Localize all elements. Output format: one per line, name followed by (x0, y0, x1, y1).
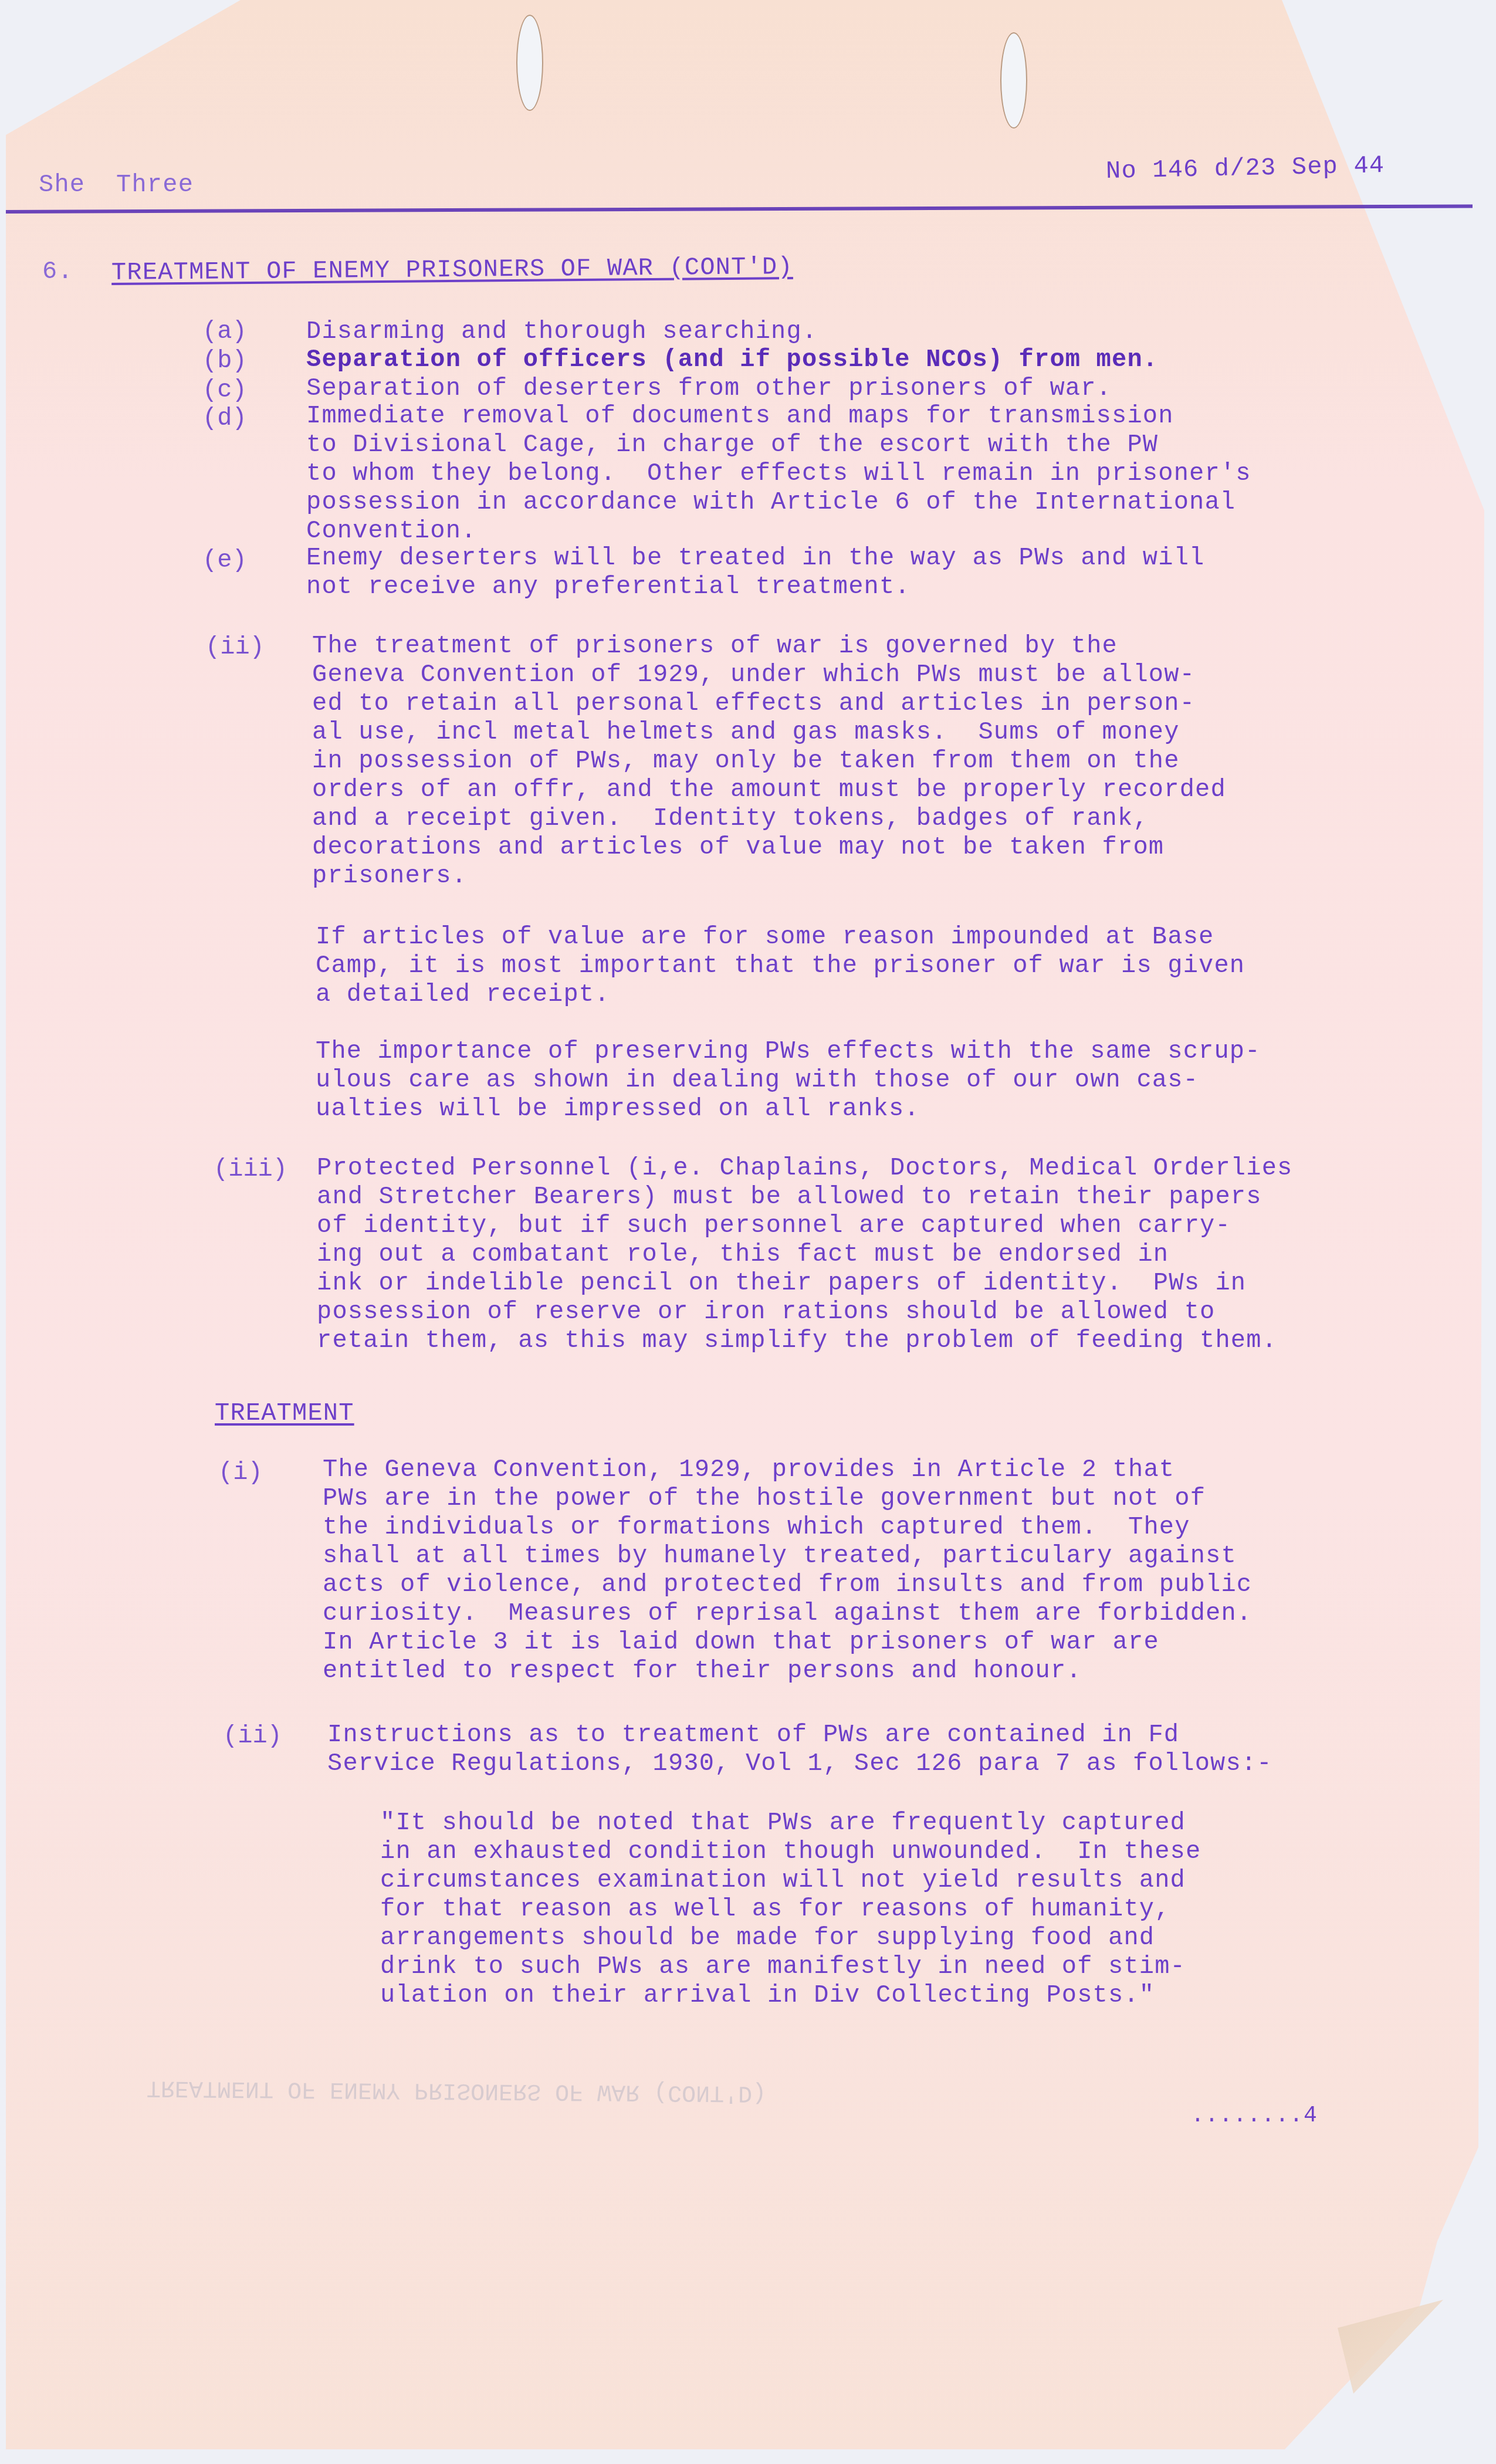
item-b-text: Separation of officers (and if possible … (306, 345, 1158, 374)
treatment-ii-line-1: Instructions as to treatment of PWs are … (327, 1720, 1179, 1749)
para-ii-sub2-line-1: The importance of preserving PWs effects… (316, 1037, 1261, 1066)
treatment-ii-label: (ii) (223, 1721, 282, 1751)
para-ii-line-5: in possession of PWs, may only be taken … (312, 746, 1180, 776)
para-ii-line-6: orders of an offr, and the amount must b… (312, 775, 1226, 804)
para-ii-line-7: and a receipt given. Identity tokens, ba… (312, 804, 1149, 833)
para-ii-line-1: The treatment of prisoners of war is gov… (312, 631, 1118, 661)
para-ii-line-9: prisoners. (312, 861, 467, 891)
show-through-text: TREATMENT OF ENEMY PRISONERS OF WAR (CON… (147, 2074, 767, 2106)
para-iii-line-3: of identity, but if such personnel are c… (317, 1211, 1231, 1240)
item-label-e: (e) (202, 546, 247, 575)
item-d-line-5: Convention. (306, 516, 476, 546)
para-ii-sub1-line-2: Camp, it is most important that the pris… (316, 951, 1245, 980)
continuation-marker: ........4 (1191, 2101, 1318, 2131)
item-label-b: (b) (202, 346, 247, 375)
item-e-line-1: Enemy deserters will be treated in the w… (306, 543, 1204, 573)
section-title: TREATMENT OF ENEMY PRISONERS OF WAR (CON… (111, 252, 793, 287)
treatment-i-label: (i) (218, 1458, 263, 1487)
para-ii-sub2-line-2: ulous care as shown in dealing with thos… (316, 1065, 1199, 1095)
para-ii-line-4: al use, incl metal helmets and gas masks… (312, 717, 1180, 747)
item-c-text: Separation of deserters from other priso… (306, 374, 1112, 403)
quote-line-5: arrangements should be made for supplyin… (380, 1923, 1155, 1952)
para-iii-line-2: and Stretcher Bearers) must be allowed t… (317, 1182, 1262, 1211)
para-ii-line-8: decorations and articles of value may no… (312, 832, 1164, 862)
para-iii-line-7: retain them, as this may simplify the pr… (317, 1326, 1277, 1355)
treatment-i-line-2: PWs are in the power of the hostile gove… (323, 1484, 1206, 1513)
quote-line-7: ulation on their arrival in Div Collecti… (380, 1981, 1155, 2010)
item-d-line-2: to Divisional Cage, in charge of the esc… (306, 430, 1158, 459)
item-e-line-2: not receive any preferential treatment. (306, 572, 911, 601)
para-iii-line-1: Protected Personnel (i,e. Chaplains, Doc… (317, 1153, 1292, 1183)
treatment-i-line-5: acts of violence, and protected from ins… (323, 1570, 1252, 1599)
para-iii-line-5: ink or indelible pencil on their papers … (317, 1268, 1246, 1298)
item-a-text: Disarming and thorough searching. (306, 317, 817, 346)
para-ii-sub2-line-3: ualties will be impressed on all ranks. (316, 1094, 920, 1123)
section-number: 6. (42, 257, 73, 286)
treatment-ii-line-2: Service Regulations, 1930, Vol 1, Sec 12… (327, 1749, 1272, 1778)
item-d-line-3: to whom they belong. Other effects will … (306, 459, 1251, 488)
treatment-i-line-7: In Article 3 it is laid down that prison… (323, 1627, 1159, 1657)
para-ii-sub1-line-3: a detailed receipt. (316, 980, 610, 1009)
para-ii-sub1-line-1: If articles of value are for some reason… (316, 922, 1214, 952)
treatment-i-line-8: entitled to respect for their persons an… (323, 1656, 1082, 1685)
treatment-heading: TREATMENT (215, 1399, 354, 1428)
item-label-d: (d) (202, 404, 247, 433)
para-iii-line-6: possession of reserve or iron rations sh… (317, 1297, 1215, 1326)
para-iii-label: (iii) (214, 1155, 287, 1184)
item-d-line-4: possession in accordance with Article 6 … (306, 488, 1236, 517)
para-ii-line-3: ed to retain all personal effects and ar… (312, 689, 1195, 718)
para-ii-label: (ii) (205, 632, 265, 662)
punch-hole-right (1000, 32, 1027, 128)
para-ii-line-2: Geneva Convention of 1929, under which P… (312, 660, 1195, 689)
treatment-i-line-1: The Geneva Convention, 1929, provides in… (323, 1455, 1175, 1484)
item-label-c: (c) (202, 375, 247, 405)
document-reference: No 146 d/23 Sep 44 (1106, 151, 1385, 186)
item-label-a: (a) (202, 317, 247, 346)
quote-line-1: "It should be noted that PWs are frequen… (380, 1808, 1186, 1837)
treatment-i-line-4: shall at all times by humanely treated, … (323, 1541, 1237, 1571)
quote-line-4: for that reason as well as for reasons o… (380, 1894, 1170, 1924)
para-iii-line-4: ing out a combatant role, this fact must… (317, 1240, 1169, 1269)
quote-line-3: circumstances examination will not yield… (380, 1866, 1186, 1895)
quote-line-2: in an exhausted condition though unwound… (380, 1837, 1201, 1866)
punch-hole-left (516, 15, 543, 111)
treatment-i-line-3: the individuals or formations which capt… (323, 1512, 1190, 1542)
item-d-line-1: Immediate removal of documents and maps … (306, 401, 1174, 431)
sheet-label: She Three (39, 170, 194, 199)
treatment-i-line-6: curiosity. Measures of reprisal against … (323, 1599, 1252, 1628)
quote-line-6: drink to such PWs as are manifestly in n… (380, 1952, 1186, 1981)
